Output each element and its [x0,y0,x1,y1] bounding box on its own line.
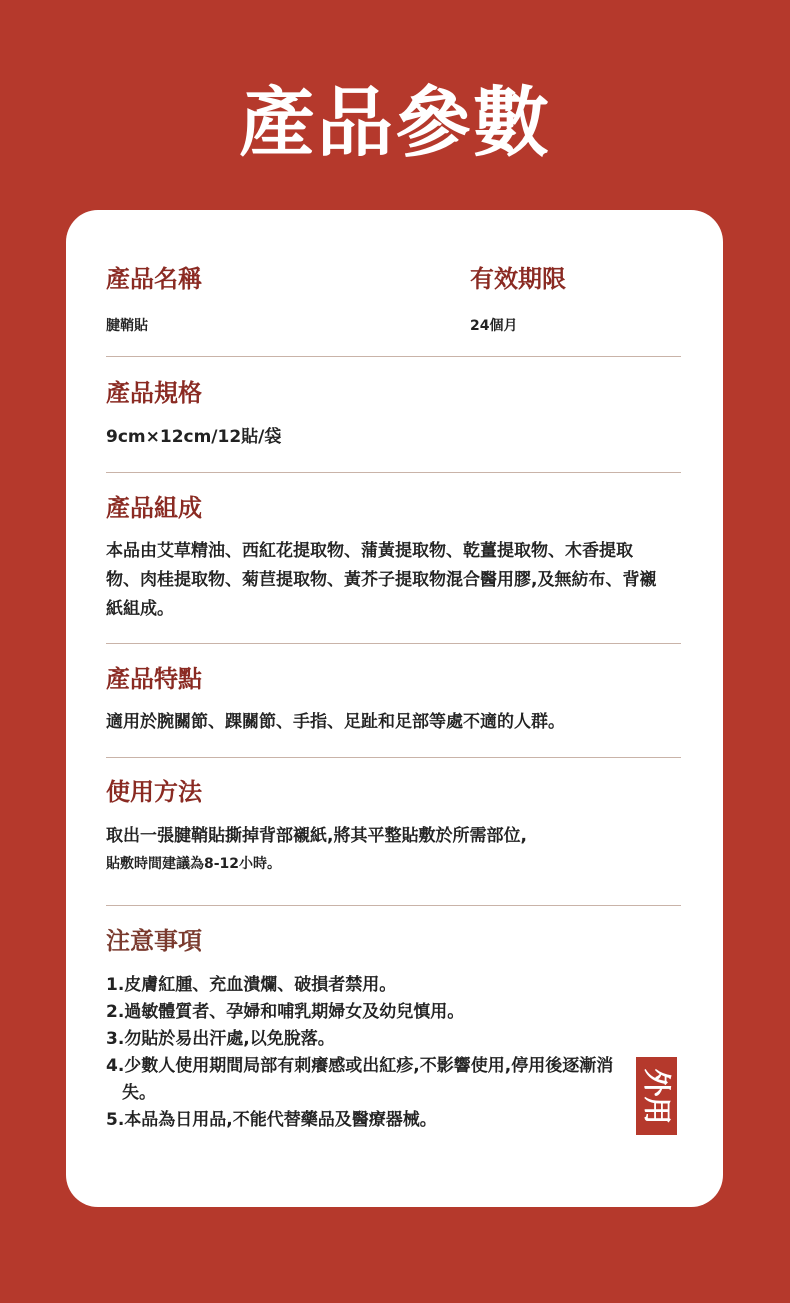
expiry-value: 24個月 [470,316,517,336]
note-item: 4.少數人使用期間局部有刺癢感或出紅疹,不影響使用,停用後逐漸消失。 [106,1053,626,1107]
product-name-title: 產品名稱 [106,264,202,294]
divider [106,472,681,473]
spec-value: 9cm×12cm/12貼/袋 [106,423,666,452]
usage-line-1: 取出一張腱鞘貼撕掉背部襯紙,將其平整貼敷於所需部位, [106,822,666,851]
composition-title: 產品組成 [106,493,202,523]
divider [106,643,681,644]
usage-line-2: 貼敷時間建議為8-12小時。 [106,854,281,874]
features-title: 產品特點 [106,664,202,694]
note-item: 2.過敏體質者、孕婦和哺乳期婦女及幼兒慎用。 [106,999,626,1026]
divider [106,356,681,357]
parameters-card: 產品名稱 腱鞘貼 有效期限 24個月 產品規格 9cm×12cm/12貼/袋 產… [66,210,723,1207]
composition-value: 本品由艾草精油、西紅花提取物、蒲黃提取物、乾薑提取物、木香提取物、肉桂提取物、菊… [106,537,666,624]
spec-title: 產品規格 [106,378,202,408]
usage-title: 使用方法 [106,777,202,807]
notes-list: 1.皮膚紅腫、充血潰爛、破損者禁用。 2.過敏體質者、孕婦和哺乳期婦女及幼兒慎用… [106,972,626,1134]
divider [106,757,681,758]
page-title: 產品參數 [0,78,790,168]
note-item: 5.本品為日用品,不能代替藥品及醫療器械。 [106,1107,626,1134]
features-value: 適用於腕關節、踝關節、手指、足趾和足部等處不適的人群。 [106,708,666,737]
external-use-label: 外用 [636,1068,677,1124]
expiry-title: 有效期限 [470,264,566,294]
note-item: 3.勿貼於易出汗處,以免脫落。 [106,1026,626,1053]
external-use-badge: 外用 [636,1057,677,1135]
note-item: 1.皮膚紅腫、充血潰爛、破損者禁用。 [106,972,626,999]
notes-title: 注意事項 [106,926,202,956]
product-name-value: 腱鞘貼 [106,316,148,336]
divider [106,905,681,906]
